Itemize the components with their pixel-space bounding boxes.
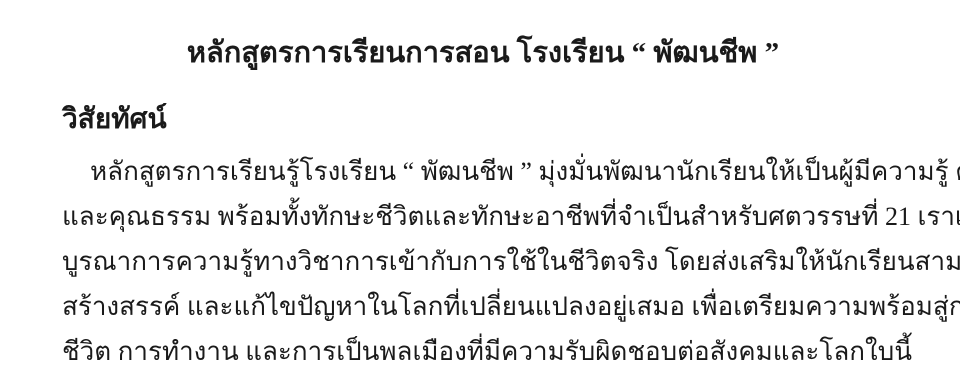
document-page: หลักสูตรการเรียนการสอน โรงเรียน “ พัฒนชี… <box>0 0 960 380</box>
paragraph-line: บูรณาการความรู้ทางวิชาการเข้ากับการใช้ใน… <box>62 239 904 284</box>
paragraph-line: หลักสูตรการเรียนรู้โรงเรียน “ พัฒนชีพ ” … <box>62 149 904 194</box>
paragraph-line: และคุณธรรม พร้อมทั้งทักษะชีวิตและทักษะอา… <box>62 194 904 239</box>
page-title: หลักสูตรการเรียนการสอน โรงเรียน “ พัฒนชี… <box>62 30 904 76</box>
paragraph-line: สร้างสรรค์ และแก้ไขปัญหาในโลกที่เปลี่ยนแ… <box>62 284 904 329</box>
section-heading-vision: วิสัยทัศน์ <box>62 97 904 142</box>
paragraph-line: ชีวิต การทำงาน และการเป็นพลเมืองที่มีควา… <box>62 329 904 374</box>
vision-paragraph: หลักสูตรการเรียนรู้โรงเรียน “ พัฒนชีพ ” … <box>62 149 904 374</box>
